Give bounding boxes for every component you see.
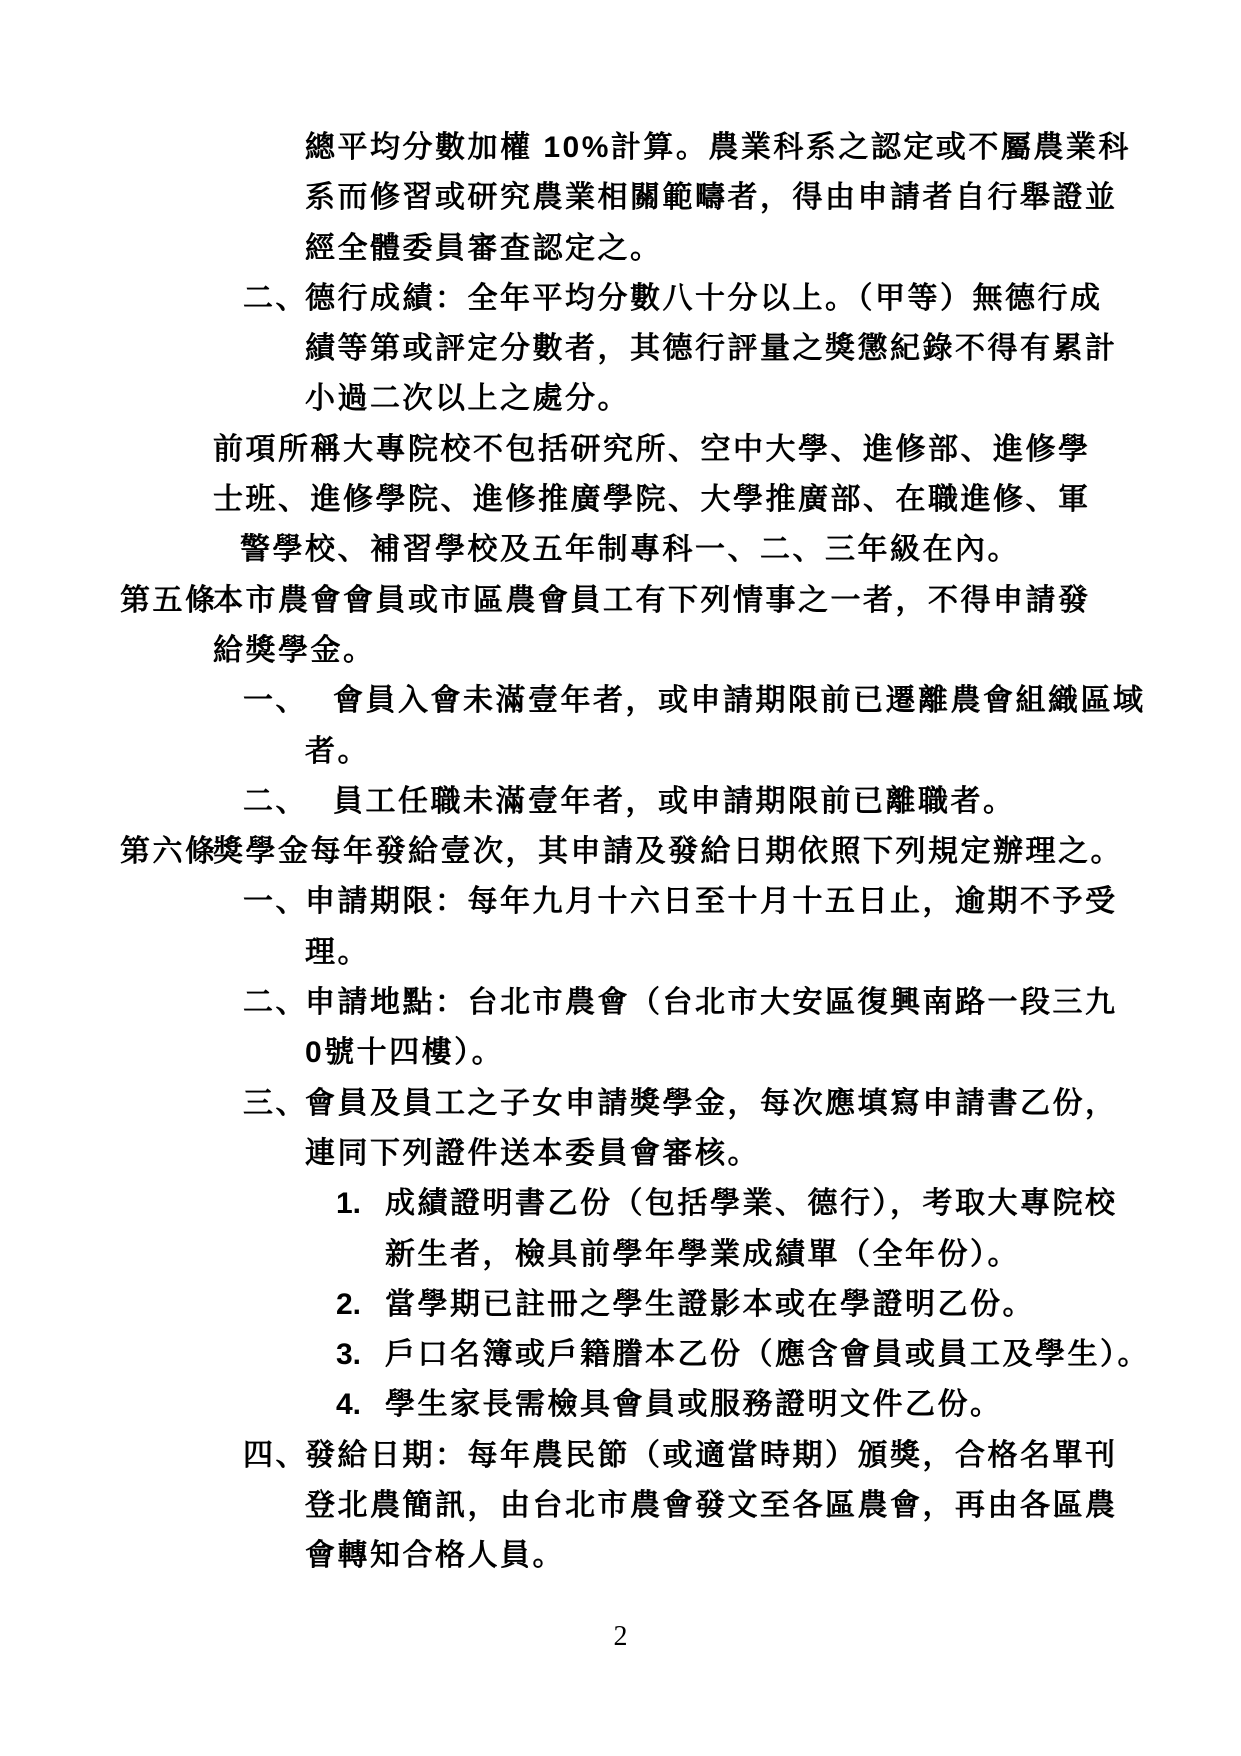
doc-line: 新生者，檢具前學年學業成績單（全年份）。: [0, 1230, 1241, 1280]
line-text: 會員入會未滿壹年者，或申請期限前已遷離農會組織區域: [333, 684, 1146, 717]
line-text: 總平均分數加權 10%計算。農業科系之認定或不屬農業科: [305, 131, 1131, 164]
doc-line: 給獎學金。: [0, 626, 1241, 676]
line-text: 會轉知合格人員。: [305, 1539, 565, 1572]
line-text: 經全體委員審查認定之。: [305, 232, 663, 265]
line-text: 理。: [305, 936, 370, 969]
line-text: 給獎學金。: [213, 634, 376, 667]
line-text: 本市農會會員或市區農會員工有下列情事之一者，不得申請發: [213, 584, 1091, 617]
line-text: 會員及員工之子女申請獎學金，每次應填寫申請書乙份，: [305, 1087, 1118, 1120]
line-text: 學生家長需檢具會員或服務證明文件乙份。: [385, 1388, 1003, 1421]
number-marker: 3.: [336, 1330, 385, 1380]
line-text: 績等第或評定分數者，其德行評量之獎懲紀錄不得有累計: [305, 332, 1118, 365]
article-6-line: 第六條獎學金每年發給壹次，其申請及發給日期依照下列規定辦理之。: [0, 827, 1241, 877]
paragraph-line: 前項所稱大專院校不包括研究所、空中大學、進修部、進修學: [0, 425, 1241, 475]
paragraph-line: 警學校、補習學校及五年制專科一、二、三年級在內。: [0, 525, 1241, 575]
list-item-line: 二、德行成績：全年平均分數八十分以上。（甲等）無德行成: [0, 274, 1241, 324]
line-text: 小過二次以上之處分。: [305, 382, 630, 415]
document-body: 總平均分數加權 10%計算。農業科系之認定或不屬農業科 系而修習或研究農業相關範…: [0, 123, 1241, 1582]
doc-line: 者。: [0, 727, 1241, 777]
line-text: 系而修習或研究農業相關範疇者，得由申請者自行舉證並: [305, 181, 1118, 214]
line-text: 者。: [305, 735, 370, 768]
item-marker: 三、: [243, 1079, 305, 1129]
article-label: 第六條: [120, 827, 213, 877]
line-text: 警學校、補習學校及五年制專科一、二、三年級在內。: [240, 533, 1020, 566]
line-text: 成績證明書乙份（包括學業、德行），考取大專院校: [385, 1187, 1118, 1220]
doc-line: 績等第或評定分數者，其德行評量之獎懲紀錄不得有累計: [0, 324, 1241, 374]
numbered-item-line: 4.學生家長需檢具會員或服務證明文件乙份。: [0, 1380, 1241, 1430]
line-text: 前項所稱大專院校不包括研究所、空中大學、進修部、進修學: [213, 433, 1091, 466]
list-item-line: 四、發給日期：每年農民節（或適當時期）頒獎，合格名單刊: [0, 1431, 1241, 1481]
paragraph-line: 士班、進修學院、進修推廣學院、大學推廣部、在職進修、軍: [0, 475, 1241, 525]
item-marker: 二、: [243, 777, 333, 827]
list-item-line: 三、會員及員工之子女申請獎學金，每次應填寫申請書乙份，: [0, 1079, 1241, 1129]
doc-line: 經全體委員審查認定之。: [0, 224, 1241, 274]
line-text: 申請地點：台北市農會（台北市大安區復興南路一段三九: [305, 986, 1118, 1019]
line-text: 員工任職未滿壹年者，或申請期限前已離職者。: [333, 785, 1016, 818]
numbered-item-line: 3.戶口名簿或戶籍謄本乙份（應含會員或員工及學生）。: [0, 1330, 1241, 1380]
numbered-item-line: 2.當學期已註冊之學生證影本或在學證明乙份。: [0, 1280, 1241, 1330]
item-marker: 二、: [243, 978, 305, 1028]
page-number: 2: [0, 1620, 1241, 1654]
line-text: 獎學金每年發給壹次，其申請及發給日期依照下列規定辦理之。: [213, 835, 1123, 868]
doc-line: 登北農簡訊，由台北市農會發文至各區農會，再由各區農: [0, 1481, 1241, 1531]
line-text: 當學期已註冊之學生證影本或在學證明乙份。: [385, 1288, 1035, 1321]
item-marker: 一、: [243, 877, 305, 927]
item-marker: 二、: [243, 274, 305, 324]
article-label: 第五條: [120, 576, 213, 626]
line-text: 發給日期：每年農民節（或適當時期）頒獎，合格名單刊: [305, 1439, 1118, 1472]
list-item-line: 二、員工任職未滿壹年者，或申請期限前已離職者。: [0, 777, 1241, 827]
list-item-line: 二、申請地點：台北市農會（台北市大安區復興南路一段三九: [0, 978, 1241, 1028]
line-text: 0號十四樓）。: [305, 1036, 504, 1069]
line-text: 新生者，檢具前學年學業成績單（全年份）。: [385, 1238, 1020, 1271]
line-text: 申請期限：每年九月十六日至十月十五日止，逾期不予受: [305, 885, 1118, 918]
doc-line: 0號十四樓）。: [0, 1028, 1241, 1078]
article-5-line: 第五條本市農會會員或市區農會員工有下列情事之一者，不得申請發: [0, 576, 1241, 626]
doc-line: 連同下列證件送本委員會審核。: [0, 1129, 1241, 1179]
item-marker: 一、: [243, 676, 333, 726]
list-item-line: 一、會員入會未滿壹年者，或申請期限前已遷離農會組織區域: [0, 676, 1241, 726]
doc-line: 會轉知合格人員。: [0, 1531, 1241, 1581]
list-item-line: 一、申請期限：每年九月十六日至十月十五日止，逾期不予受: [0, 877, 1241, 927]
number-marker: 4.: [336, 1380, 385, 1430]
doc-line: 小過二次以上之處分。: [0, 374, 1241, 424]
doc-line: 理。: [0, 928, 1241, 978]
line-text: 連同下列證件送本委員會審核。: [305, 1137, 760, 1170]
line-text: 登北農簡訊，由台北市農會發文至各區農會，再由各區農: [305, 1489, 1118, 1522]
document-page: 總平均分數加權 10%計算。農業科系之認定或不屬農業科 系而修習或研究農業相關範…: [0, 0, 1241, 1756]
line-text: 德行成績：全年平均分數八十分以上。（甲等）無德行成: [305, 282, 1103, 315]
doc-line: 系而修習或研究農業相關範疇者，得由申請者自行舉證並: [0, 173, 1241, 223]
line-text: 士班、進修學院、進修推廣學院、大學推廣部、在職進修、軍: [213, 483, 1091, 516]
line-text: 戶口名簿或戶籍謄本乙份（應含會員或員工及學生）。: [385, 1338, 1150, 1371]
number-marker: 2.: [336, 1280, 385, 1330]
item-marker: 四、: [243, 1431, 305, 1481]
number-marker: 1.: [336, 1179, 385, 1229]
numbered-item-line: 1.成績證明書乙份（包括學業、德行），考取大專院校: [0, 1179, 1241, 1229]
doc-line: 總平均分數加權 10%計算。農業科系之認定或不屬農業科: [0, 123, 1241, 173]
